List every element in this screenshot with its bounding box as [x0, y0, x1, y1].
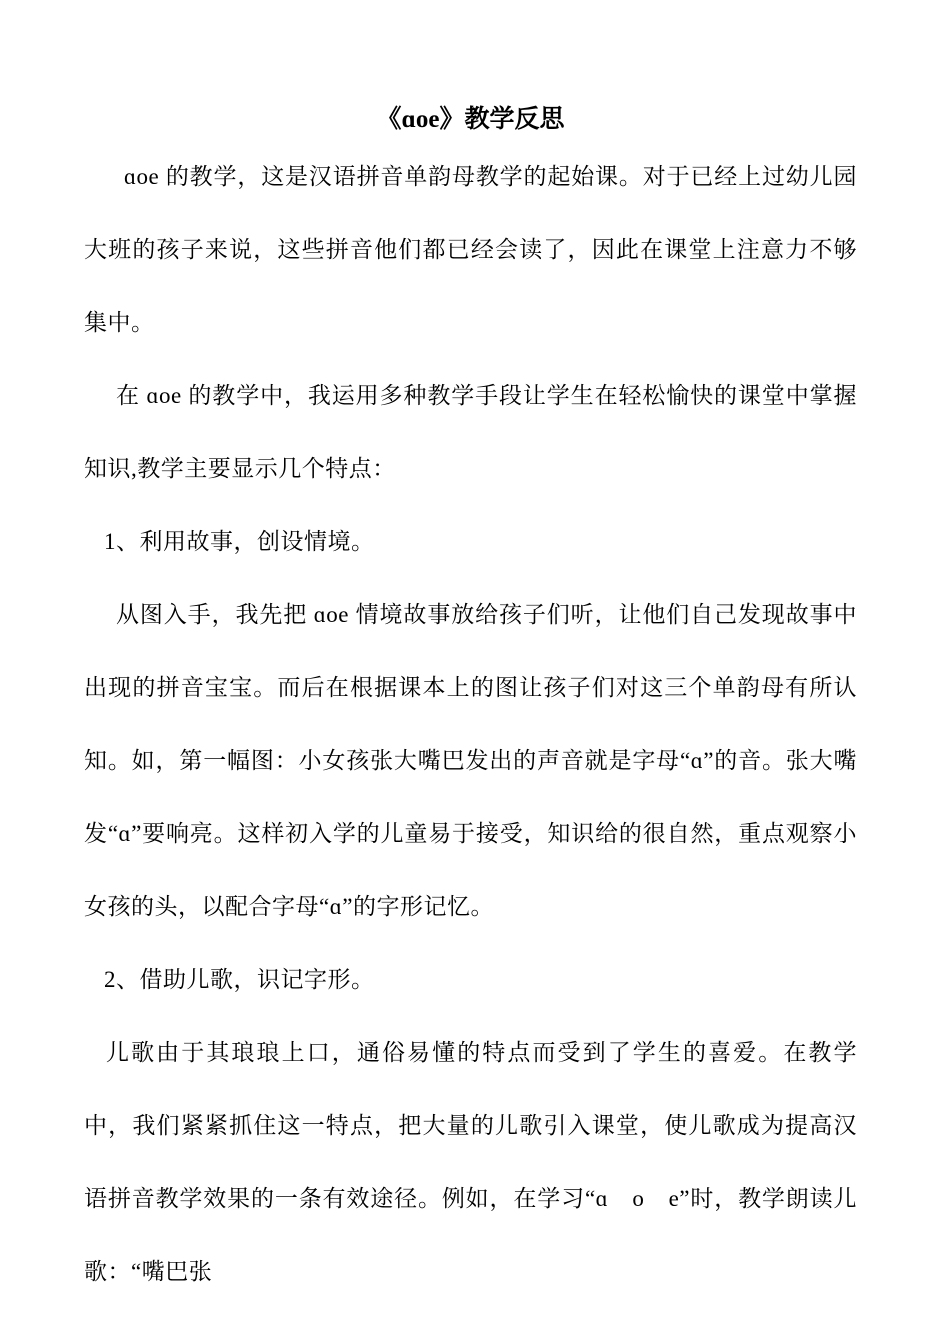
paragraph-story-method: 从图入手，我先把 ɑoe 情境故事放给孩子们听，让他们自己发现故事中出现的拼音宝…: [84, 578, 857, 943]
list-item-2-heading: 2、借助儿歌，识记字形。: [84, 943, 857, 1016]
paragraph-intro: ɑoe 的教学，这是汉语拼音单韵母教学的起始课。对于已经上过幼儿园大班的孩子来说…: [84, 140, 857, 359]
document-page: 《ɑoe》教学反思 ɑoe 的教学，这是汉语拼音单韵母教学的起始课。对于已经上过…: [0, 0, 950, 1344]
paragraph-rhyme-method: 儿歌由于其琅琅上口，通俗易懂的特点而受到了学生的喜爱。在教学中，我们紧紧抓住这一…: [84, 1016, 857, 1308]
paragraph-overview: 在 ɑoe 的教学中，我运用多种教学手段让学生在轻松愉快的课堂中掌握知识,教学主…: [84, 359, 857, 505]
list-item-1-heading: 1、利用故事，创设情境。: [84, 505, 857, 578]
document-title: 《ɑoe》教学反思: [84, 100, 857, 140]
